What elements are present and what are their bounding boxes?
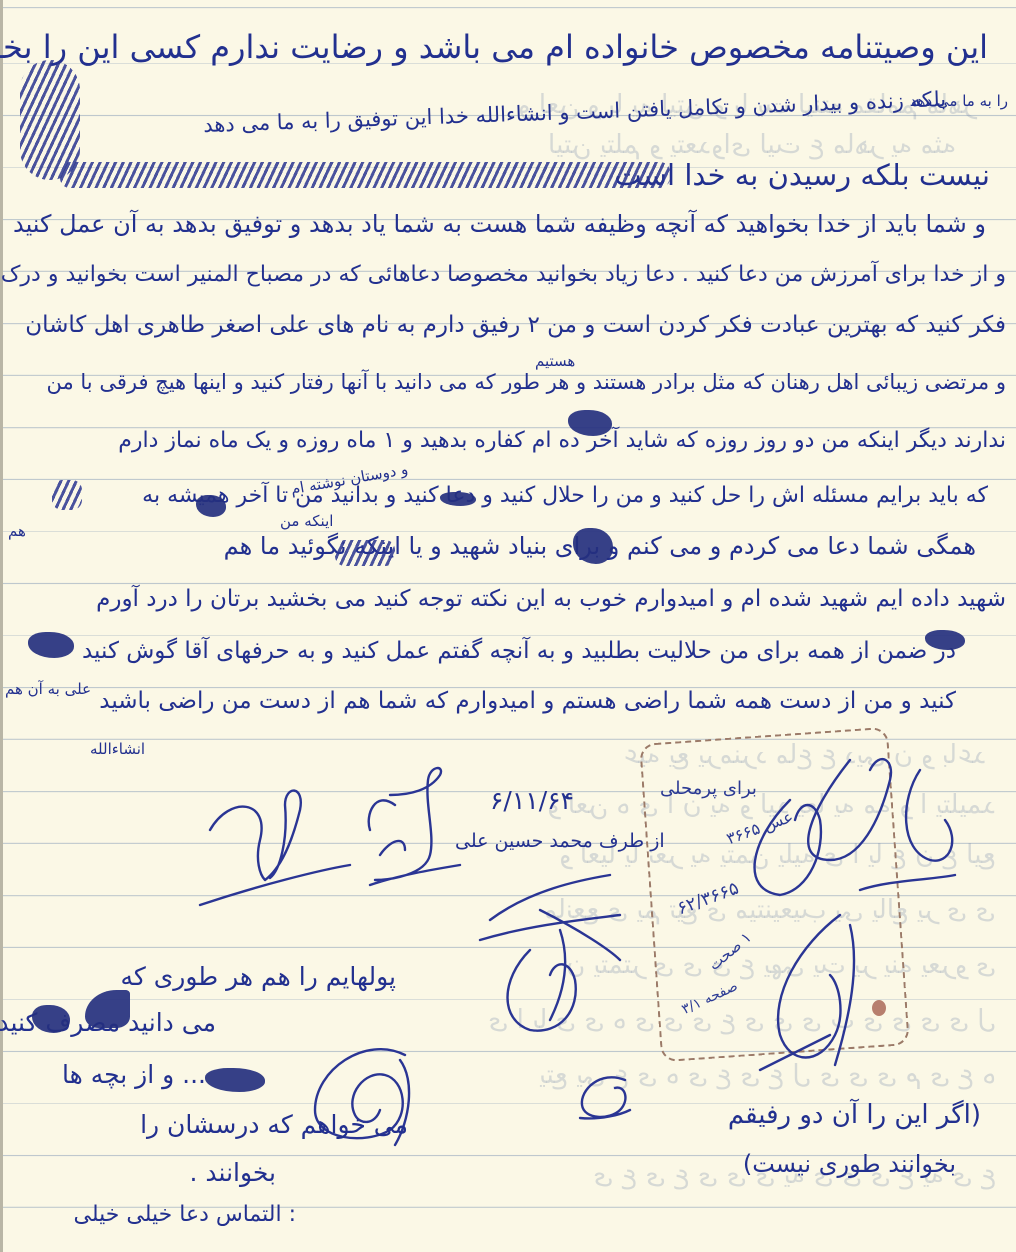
witness-note: از طرف محمد حسین علی [455, 830, 665, 852]
body-line-9: که باید برایم مسئله اش را حل کنید و من ر… [142, 483, 988, 508]
left-note-6: : التماس دعا خیلی خیلی [74, 1202, 296, 1227]
body-line-5: و از خدا برای آمرزش من دعا کنید . دعا زی… [1, 262, 1006, 287]
bleed-through-text: لیتن یتلم و یتعدوای لیت ع ماهر یه مثه [548, 130, 956, 160]
crossed-out-text [60, 162, 670, 188]
signature-5 [470, 870, 630, 1040]
left-note-4: می خواهم که درسشان را [140, 1110, 408, 1139]
body-line-4: و شما باید از خدا بخواهید که آنچه وظیفه … [13, 210, 986, 238]
closing-inshallah: انشاءالله [90, 740, 145, 758]
body-line-1: این وصیتنامه مخصوص خانواده ام می باشد و … [0, 28, 988, 66]
signature-6 [740, 905, 880, 1075]
signature-8 [570, 1070, 640, 1130]
right-note-2: بخوانند طوری نیست) [743, 1150, 956, 1178]
paper-edge [0, 0, 3, 1252]
left-note-1: پولهایم را هم هر طوری که [120, 962, 396, 991]
body-line-6: فکر کنید که بهترین عبادت فکر کردن است و … [25, 312, 1006, 338]
insertion-above-line-7: هستیم [535, 352, 575, 370]
right-note-1: (اگر این را آن دو رفیقم [728, 1100, 981, 1130]
crossed-out-text [20, 60, 80, 180]
body-line-13: کنید و من از دست همه شما راضی هستم و امی… [99, 688, 956, 714]
left-note-3: ... و از بچه ها [62, 1060, 206, 1089]
signature-2 [350, 765, 460, 895]
insertion-above-line-10: اینکه من [280, 512, 333, 530]
margin-note-line-10: هم [8, 522, 26, 540]
margin-note-line-2: را به ما می دهد [910, 92, 1008, 110]
crossed-out-text [335, 540, 395, 566]
body-line-11: شهید داده ایم شهید شده ام و امیدوارم خوب… [96, 586, 1006, 612]
signature-4 [730, 790, 850, 910]
margin-note-line-13: علی به آن هم [5, 680, 91, 698]
body-line-7: و مرتضی زیبائی اهل رهنان که مثل برادر هس… [46, 370, 1006, 394]
body-line-3: نیست بلکه رسیدن به خدا است [614, 158, 990, 192]
body-line-12: در ضمن از همه برای من حلالیت بطلبید و به… [82, 638, 956, 664]
date: ۶/۱۱/۶۴ [490, 786, 574, 815]
left-note-5: بخوانند . [190, 1158, 276, 1187]
crossed-out-text [52, 480, 82, 510]
body-line-8: ندارند دیگر اینکه من دو روز روزه که شاید… [118, 428, 1006, 453]
